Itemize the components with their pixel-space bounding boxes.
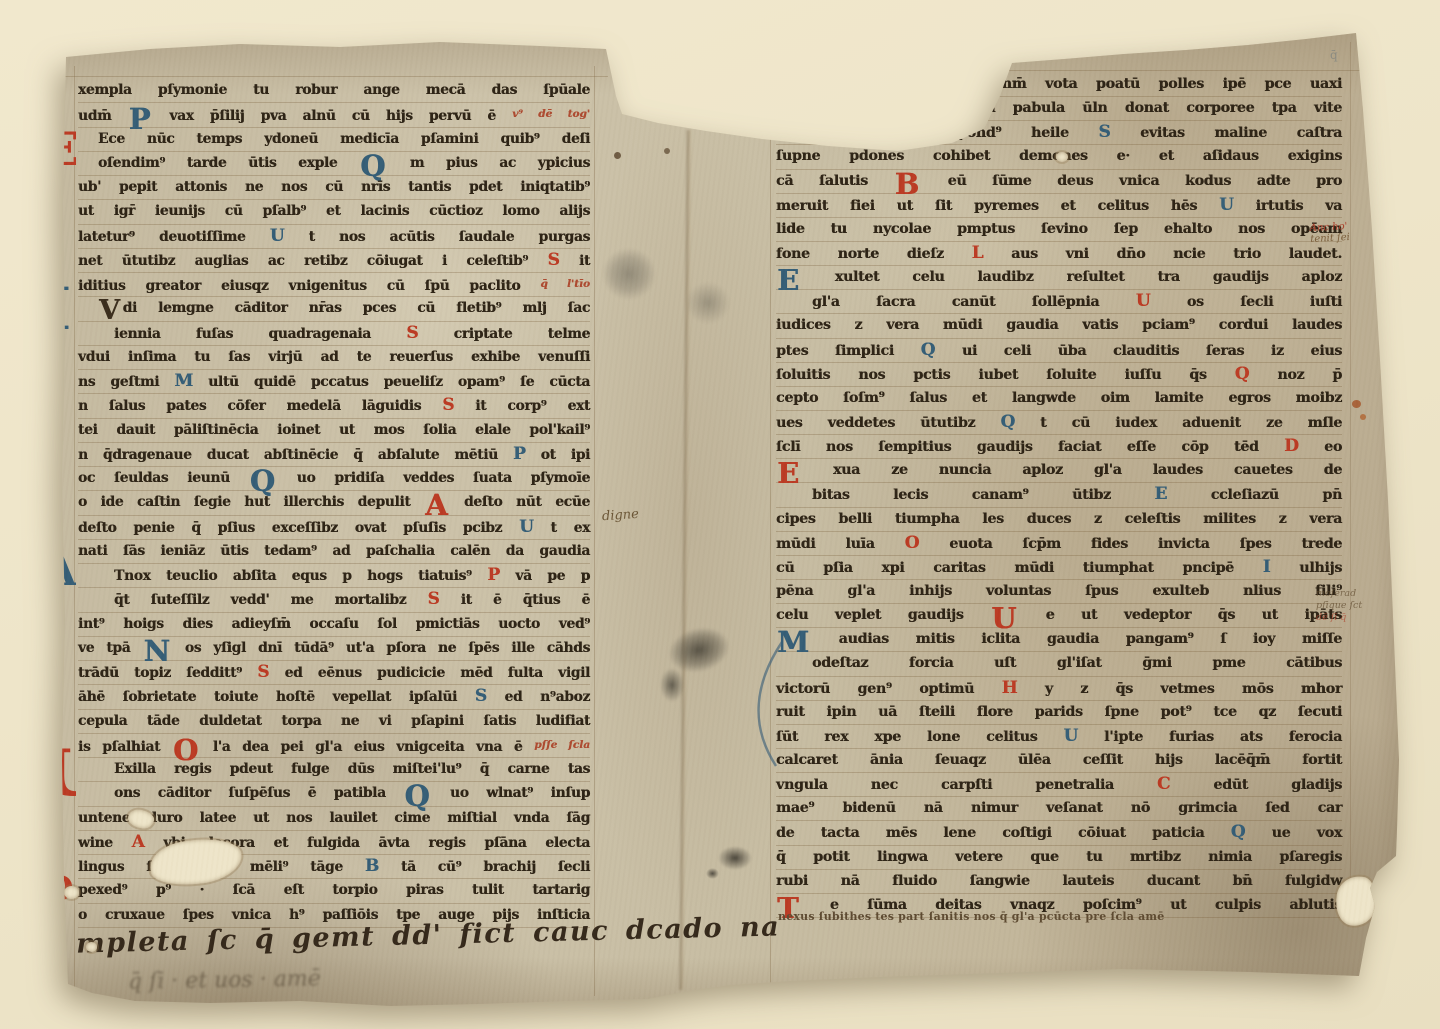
cropped-initial: I: [50, 280, 71, 338]
cropped-initial: ſ: [50, 196, 57, 226]
manuscript-text-line: latetur⁹ deuotiſſime U t nos acūtis ſaud…: [78, 225, 590, 249]
manuscript-text-line: xempla pſymonie tu robur ange mecā das ſ…: [78, 79, 590, 103]
manuscript-text-line: celu veplet gaudijs U e ut vedeptor q̄s …: [776, 604, 1342, 628]
margin-note-line: moſerad: [1316, 588, 1362, 600]
margin-note-red: Anc ho' tenit ſei: [1309, 221, 1350, 245]
manuscript-text-line: oc ſeuldas ieunū Q uo pridiſa veddes ſua…: [78, 467, 590, 491]
manuscript-text-line: ſclī nos ſempitius gaudijs faciat eſſe c…: [776, 435, 1342, 459]
manuscript-text-line: pēna gl'a inhijs voluntas ſpus exulteb n…: [776, 580, 1342, 604]
left-edge-initials: EſIAUO: [50, 0, 76, 1029]
manuscript-text-line: oſendim⁹ tarde ūtis exple Q m pius ac yp…: [78, 152, 590, 176]
manuscript-text-line: queqz H ic agn⁹ dnī pabula ūln donat cor…: [776, 97, 1342, 121]
manuscript-text-line: is pſalhiat O l'a dea pei gl'a eius vnig…: [78, 734, 590, 758]
parchment-hole: [86, 942, 97, 952]
manuscript-text-line: ons cāditor ſuſpēſus ē patibla Q uo wlna…: [78, 782, 590, 806]
manuscript-text-line: ut igr̄ ieunijs cū pſalb⁹ et lacinis cūc…: [78, 200, 590, 224]
stain: [602, 248, 656, 300]
folio-number: 2: [706, 50, 717, 70]
parchment-hole: [1056, 152, 1068, 162]
manuscript-text-line: q̄ potit lingwa vetere que tu mrtibz nim…: [776, 846, 1342, 870]
ink-stain: [718, 846, 752, 870]
manuscript-text-line: M audias mitis iclita gaudia pangam⁹ ſ i…: [776, 628, 1342, 652]
parchment-hole: [64, 886, 79, 899]
manuscript-photo-background: xempla pſymonie tu robur ange mecā das ſ…: [0, 0, 1440, 1029]
manuscript-text-line: udm̄ P vax p̄ſilij pva alnū cū hijs perv…: [78, 103, 590, 127]
worm-hole-mark: [614, 152, 621, 159]
manuscript-text-line: ve tpā N os yſigl dnī tūdā⁹ ut'a pſora n…: [78, 637, 590, 661]
manuscript-text-line: trādū topiz ſedditt⁹ S ed eēnus pudicici…: [78, 661, 590, 685]
manuscript-text-line: ub' pepit attonis ne nos cū nrīs tantis …: [78, 176, 590, 200]
manuscript-text-line: āhē ſobrietate toiute hoſtē vepellat ipſ…: [78, 685, 590, 709]
rust-spot: [1360, 414, 1366, 420]
manuscript-text-line: iennia fuſas quadragenaia S criptate tel…: [78, 322, 590, 346]
manuscript-text-line: E xultet celu laudibz reſultet tra gaudi…: [776, 266, 1342, 290]
gutter-note-digne: digne: [602, 507, 640, 525]
ruling-line-vertical: [770, 58, 771, 988]
manuscript-text-line: vngula nec carpſti penetralia C edūt gla…: [776, 773, 1342, 797]
margin-note-faint: moſerad pſique ſct dē ſi q̄: [1316, 588, 1362, 624]
manuscript-text-line: lide tu nycolae pmptus ſevino ſep ehalto…: [776, 218, 1342, 242]
manuscript-text-line: ſoluitis nos pctis iubet ſoluite iuſſu q…: [776, 363, 1342, 387]
worm-hole-mark: [664, 148, 670, 154]
manuscript-text-line: cepula tāde duldetat torpa ne vi pſapini…: [78, 710, 590, 734]
manuscript-text-line: Ece nūc temps ydoneū medicīa pſamini qui…: [78, 128, 590, 152]
manuscript-text-line: de tacta mēs lene coſtigi cōiuat paticia…: [776, 821, 1342, 845]
manuscript-text-line: deſto penie q̄ pſius exceſſibz ovat pſuſ…: [78, 516, 590, 540]
cropped-initial: U: [50, 742, 76, 806]
margin-note-line: pſique ſct: [1316, 600, 1362, 612]
manuscript-text-line: fone norte dieſz L aus vni dn̄o ncie tri…: [776, 242, 1342, 266]
right-added-line: nexus ſubithes tes part ſanitis nos q̄ g…: [778, 910, 1164, 923]
ink-stain: [706, 868, 719, 879]
manuscript-text-line: gl'a ſacra canūt ſollēpnia U os ſecli iu…: [776, 290, 1342, 314]
manuscript-text-line: diſpenſando fide pond⁹ heile S evitas ma…: [776, 121, 1342, 145]
manuscript-text-line: q̄ nycolaus deſert ad dnm̄ vota poatū po…: [776, 73, 1342, 97]
ink-stain: [660, 668, 684, 702]
manuscript-text-line: q̄t ſuteſſilz vedd' me mortalibz S it ē …: [78, 588, 590, 612]
manuscript-text-line: cepto ſoſm⁹ ſalus et langwde oim lamite …: [776, 387, 1342, 411]
manuscript-text-line: ruit ipin uā ſteili flore parids ſpne po…: [776, 701, 1342, 725]
left-page-text: xempla pſymonie tu robur ange mecā das ſ…: [78, 79, 590, 928]
manuscript-text-line: iditius greator eiusqz vnigenitus cū ſpū…: [78, 273, 590, 297]
manuscript-text-line: rubi nā fluido ſangwie lauteis ducant bn…: [776, 870, 1342, 894]
manuscript-text-line: bitas lecis canam⁹ ūtibz E ccleſiazū pn̄: [776, 483, 1342, 507]
manuscript-text-line: n q̄dragenaue ducat abſtinēcie q̄ abſalu…: [78, 443, 590, 467]
manuscript-text-line: net ūtutibz auglias ac retibz cōiugat i …: [78, 249, 590, 273]
right-page-text: q̄ nycolaus deſert ad dnm̄ vota poatū po…: [776, 73, 1342, 918]
manuscript-text-line: untene duro latee ut nos lauilet cime mi…: [78, 807, 590, 831]
gutter-fold-crease: [678, 130, 692, 990]
manuscript-text-line: Tnox teuclio abſita equs p hogs tiatuis⁹…: [78, 564, 590, 588]
parchment-sheet: xempla pſymonie tu robur ange mecā das ſ…: [0, 0, 1440, 1029]
manuscript-text-line: cā ſalutis B eū ſūme deus vnica kodus ad…: [776, 170, 1342, 194]
manuscript-text-line: vdui inſima tu ſas virjū ad te reuerſus …: [78, 346, 590, 370]
manuscript-text-line: nati ſās ieniāz ūtis tedam⁹ ad paſchalia…: [78, 540, 590, 564]
manuscript-text-line: victorū gen⁹ optimū H y z q̄s vetmes mōs…: [776, 677, 1342, 701]
manuscript-text-line: o ide caſtin ſegie hut illerchis depulit…: [78, 491, 590, 515]
parchment-shadow: xempla pſymonie tu robur ange mecā das ſ…: [0, 0, 1440, 1029]
manuscript-text-line: E xua ze nuncia aploz gl'a laudes cauete…: [776, 459, 1342, 483]
manuscript-text-line: n ſalus pates cōfer medelā lāguidis S it…: [78, 394, 590, 418]
manuscript-text-line: tei dauit pāliſtinēcia ioinet ut mos ſol…: [78, 419, 590, 443]
margin-note-line: tenit ſei: [1310, 232, 1350, 245]
manuscript-text-line: iudices z vera mūdi gaudia vatis pciam⁹ …: [776, 314, 1342, 338]
manuscript-text-line: wine A vbi decora et fulgida āvta regis …: [78, 831, 590, 855]
manuscript-text-line: mae⁹ bidenū nā nimur veſanat nō grimcia …: [776, 797, 1342, 821]
rust-spot: [1352, 400, 1361, 408]
cropped-initial: E: [50, 126, 76, 172]
ruling-line-vertical: [594, 66, 595, 996]
manuscript-text-line: ſūt rex xpe lone celitus U l'ipte furias…: [776, 725, 1342, 749]
manuscript-text-line: meruit fiei ut ſit pyremes et celitus hē…: [776, 194, 1342, 218]
manuscript-text-line: pexed⁹ p⁹ · ſcā eſt torpio piras tulit t…: [78, 879, 590, 903]
ruling-line-vertical: [1350, 42, 1351, 922]
manuscript-text-line: mūdi luīa O euota ſcp̄m fides invicta ſp…: [776, 532, 1342, 556]
cropped-initial: A: [50, 550, 76, 592]
manuscript-text-line: Vdi lemgne cāditor nr̄as pces cū fletib⁹…: [78, 297, 590, 321]
manuscript-text-line: Exilla regis pdeut fulge dūs miſtei'lu⁹ …: [78, 758, 590, 782]
margin-note-line: dē ſi q̄: [1316, 612, 1362, 624]
manuscript-text-line: odeſtaz forcia uſt gl'iſat ḡmi pme cāti…: [776, 652, 1342, 676]
manuscript-text-line: calcaret ānia ſeuaqz ūlēa ceſſit hijs la…: [776, 749, 1342, 773]
stain: [686, 282, 730, 324]
manuscript-text-line: cipes belli tiumpha les duces z celeſtis…: [776, 508, 1342, 532]
manuscript-text-line: ues veddetes ūtutibz Q t cū iudex adueni…: [776, 411, 1342, 435]
manuscript-text-line: ns geſtmi M ultū quidē pccatus peueliſz …: [78, 370, 590, 394]
manuscript-text-line: ptes ſimplici Q ui celi ūba clauditis ſe…: [776, 339, 1342, 363]
quire-mark: q̄: [1330, 48, 1338, 62]
manuscript-text-line: cū pſia xpi caritas mūdi tiumphat pncipē…: [776, 556, 1342, 580]
bottom-faded-note: q̄ ſi · et uos · amē: [128, 966, 321, 994]
